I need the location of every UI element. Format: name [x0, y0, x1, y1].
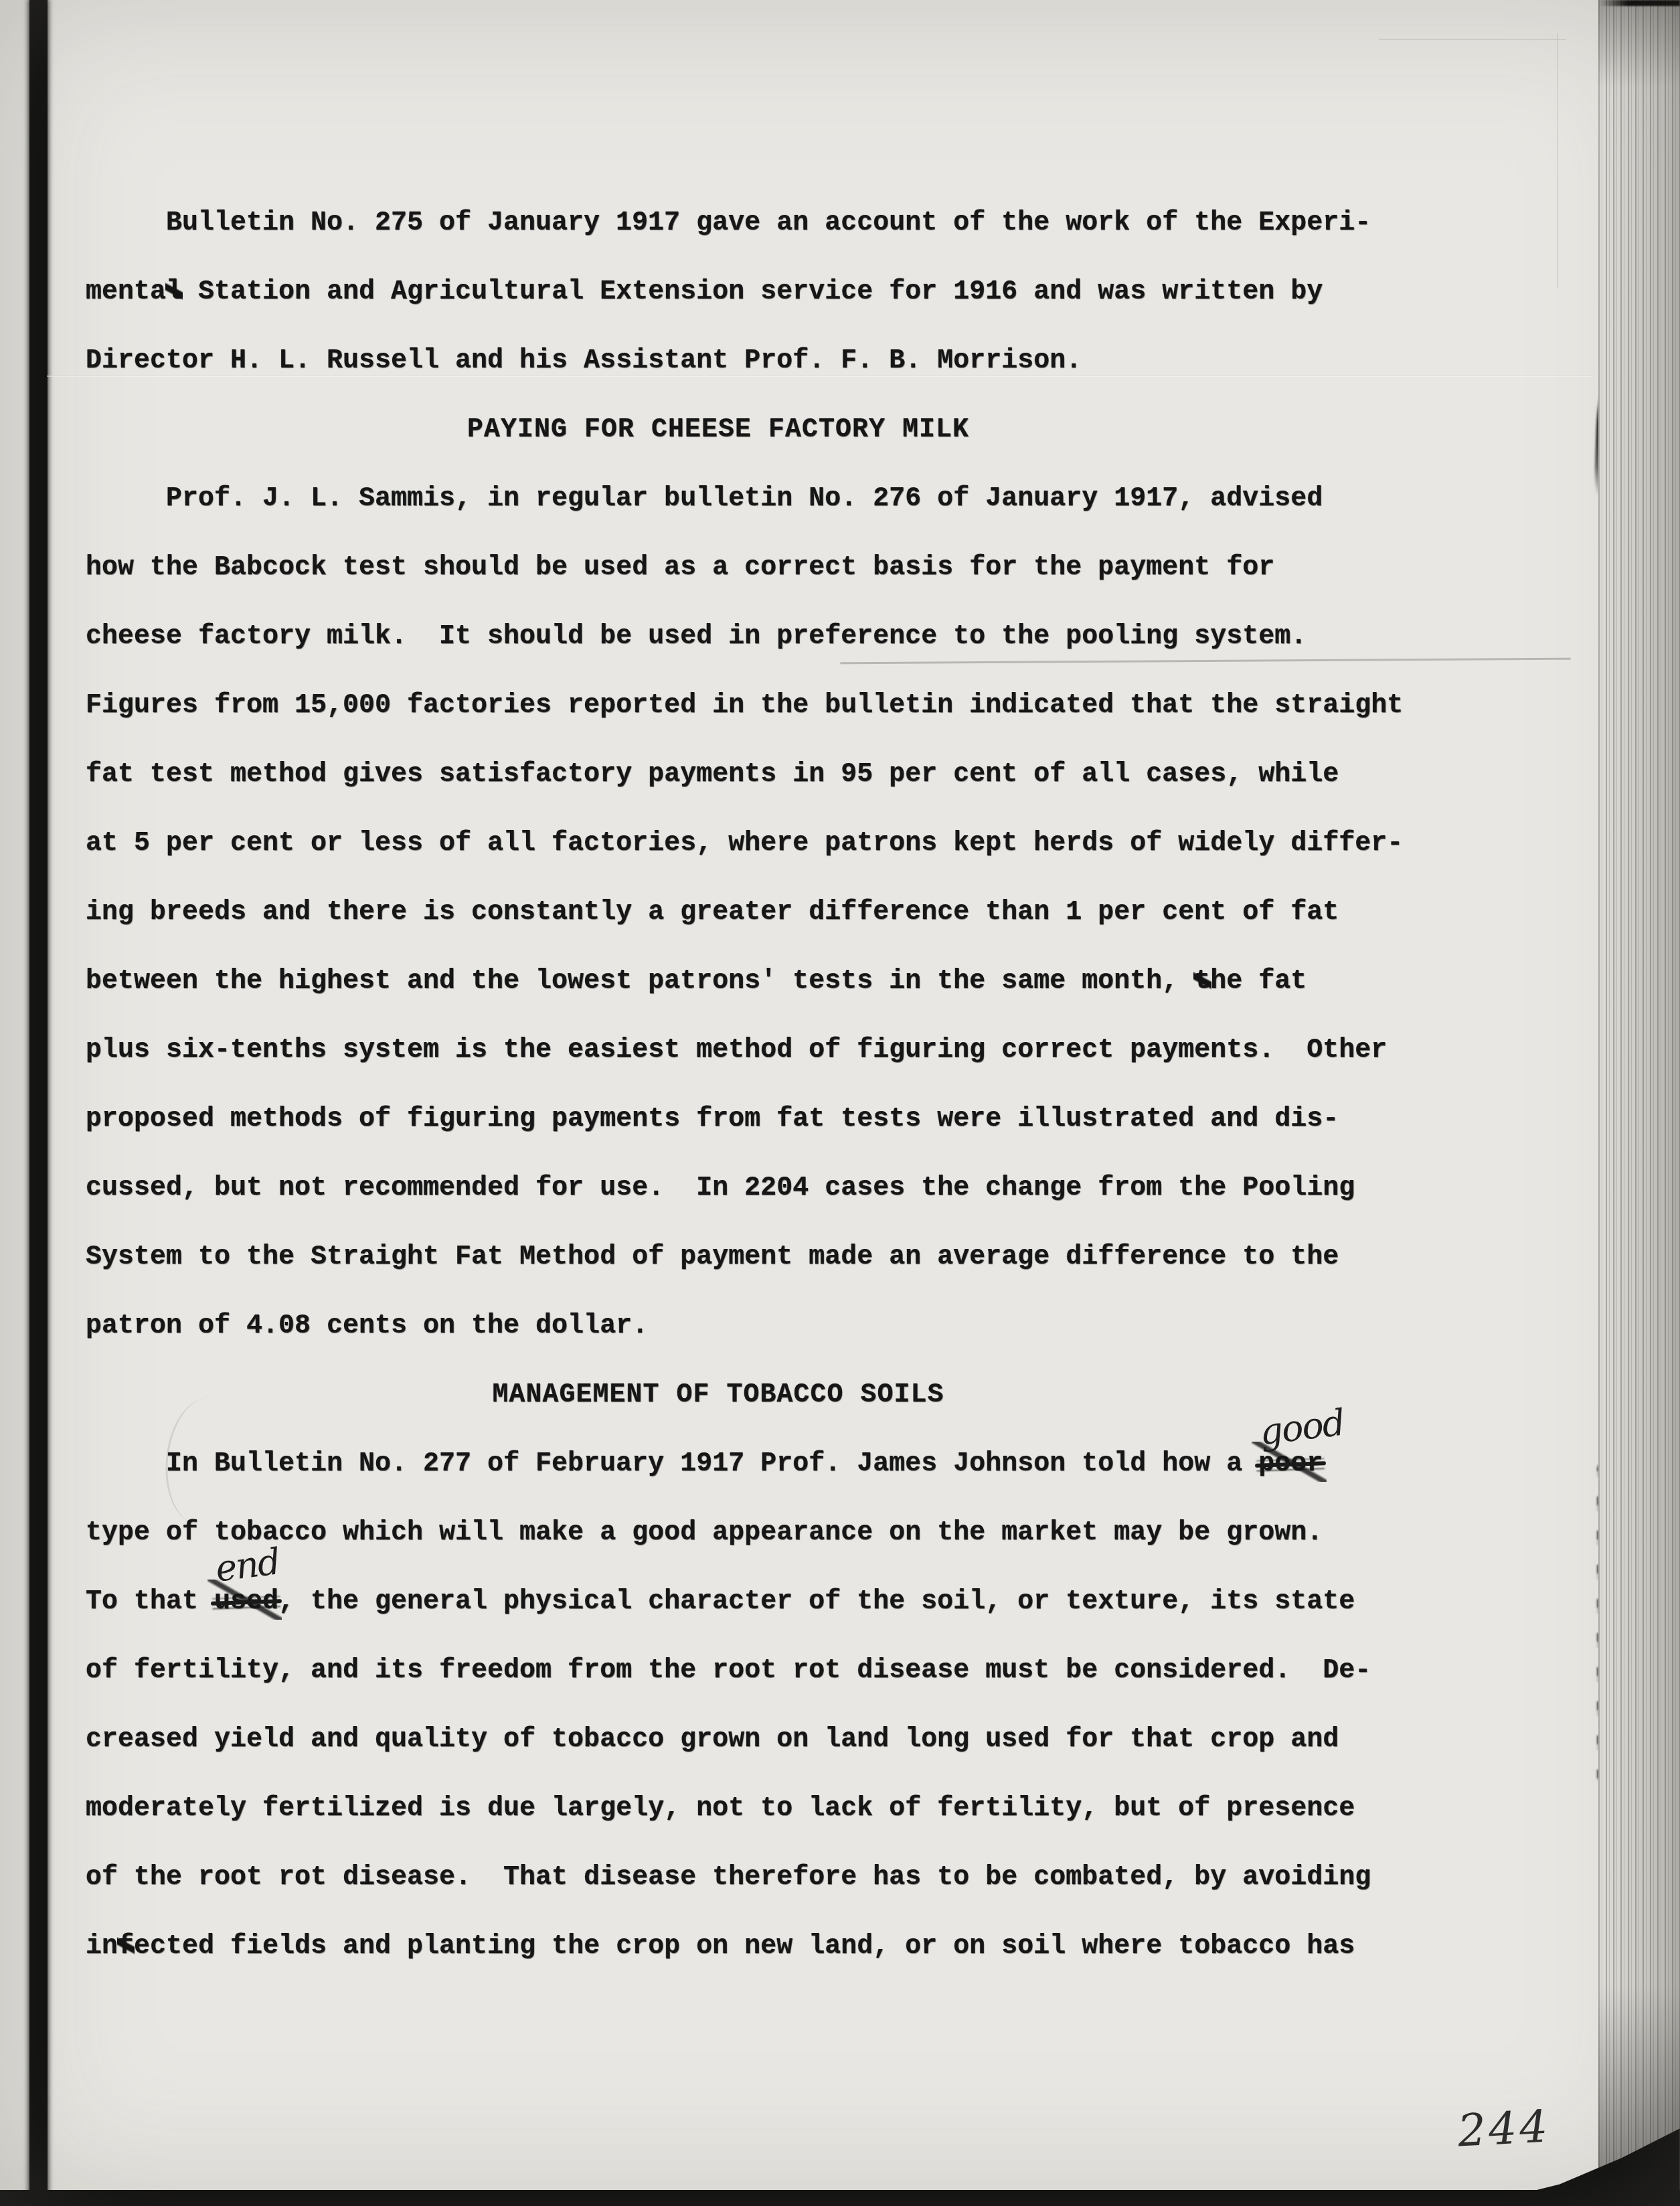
scan-edge-page-stack: [1598, 0, 1680, 2206]
text-segment: at 5 per cent or less of all factories, …: [86, 829, 1403, 859]
overstruck-character: t: [1194, 968, 1210, 995]
text-segment: moderately fertilized is due largely, no…: [86, 1794, 1355, 1824]
handwritten-annotation: good: [1258, 1405, 1346, 1451]
text-segment: ected fields and planting the crop on ne…: [134, 1932, 1355, 1962]
text-segment: Station and Agricultural Extension servi…: [182, 277, 1323, 307]
text-line: patron of 4.08 cents on the dollar.: [86, 1313, 1438, 1340]
text-segment: of the root rot disease. That disease th…: [86, 1863, 1371, 1893]
text-segment: Bulletin No. 275 of January 1917 gave an…: [166, 208, 1371, 238]
text-line: infected fields and planting the crop on…: [86, 1934, 1438, 1960]
text-line: proposed methods of figuring payments fr…: [86, 1106, 1438, 1133]
text-segment: between the highest and the lowest patro…: [86, 966, 1194, 997]
text-line: at 5 per cent or less of all factories, …: [86, 831, 1438, 857]
scanned-document-page: Bulletin No. 275 of January 1917 gave an…: [0, 0, 1680, 2206]
text-segment: menta: [86, 277, 166, 307]
text-line: mental Station and Agricultural Extensio…: [86, 279, 1438, 306]
text-segment: how the Babcock test should be used as a…: [86, 553, 1274, 583]
text-segment: fat test method gives satisfactory payme…: [86, 760, 1339, 790]
text-line: ing breeds and there is constantly a gre…: [86, 900, 1438, 926]
handwritten-annotation: end: [214, 1543, 281, 1587]
text-segment: , the general physical character of the …: [278, 1587, 1355, 1617]
text-line: cheese factory milk. It should be used i…: [86, 624, 1438, 651]
text-line: Figures from 15,000 factories reported i…: [86, 693, 1438, 719]
text-segment: MANAGEMENT OF TOBACCO SOILS: [492, 1380, 944, 1410]
text-line: creased yield and quality of tobacco gro…: [86, 1727, 1438, 1754]
text-line: type of tobacco which will make a good a…: [86, 1520, 1438, 1547]
text-segment: patron of 4.08 cents on the dollar.: [86, 1311, 648, 1341]
text-line: fat test method gives satisfactory payme…: [86, 762, 1438, 788]
page-number: 244: [1456, 2100, 1551, 2156]
text-segment: cussed, but not recommended for use. In …: [86, 1173, 1355, 1203]
section-heading: MANAGEMENT OF TOBACCO SOILS: [42, 1382, 1394, 1409]
text-line: plus six-tenths system is the easiest me…: [86, 1037, 1438, 1064]
overstruck-character: l: [166, 279, 182, 306]
text-segment: cheese factory milk. It should be used i…: [86, 622, 1307, 652]
text-line: Director H. L. Russell and his Assistant…: [86, 348, 1438, 375]
text-segment: Figures from 15,000 factories reported i…: [86, 691, 1403, 721]
text-segment: ing breeds and there is constantly a gre…: [86, 898, 1339, 928]
text-line: cussed, but not recommended for use. In …: [86, 1175, 1438, 1202]
scan-margin-left: [0, 0, 29, 2206]
text-segment: To that: [86, 1587, 214, 1617]
text-segment: Director H. L. Russell and his Assistant…: [86, 346, 1082, 376]
scan-edge-top-right: [1600, 0, 1680, 6]
text-segment: In Bulletin No. 277 of February 1917 Pro…: [166, 1449, 1258, 1479]
text-line: of the root rot disease. That disease th…: [86, 1865, 1438, 1891]
faint-fold-line: [1557, 33, 1558, 288]
text-segment: proposed methods of figuring payments fr…: [86, 1104, 1339, 1134]
struck-word: poorgood: [1258, 1451, 1323, 1478]
text-segment: plus six-tenths system is the easiest me…: [86, 1035, 1387, 1066]
text-line: To that usedend, the general physical ch…: [86, 1589, 1438, 1616]
text-segment: Prof. J. L. Sammis, in regular bulletin …: [166, 484, 1323, 514]
text-segment: creased yield and quality of tobacco gro…: [86, 1725, 1339, 1755]
scan-edge-left-bar: [29, 0, 48, 2206]
text-line: In Bulletin No. 277 of February 1917 Pro…: [86, 1451, 1518, 1478]
text-segment: PAYING FOR CHEESE FACTORY MILK: [467, 415, 969, 445]
struck-word: usedend: [214, 1589, 278, 1616]
text-segment: System to the Straight Fat Method of pay…: [86, 1242, 1339, 1272]
text-line: between the highest and the lowest patro…: [86, 968, 1438, 995]
text-segment: he fat: [1210, 966, 1307, 997]
text-line: moderately fertilized is due largely, no…: [86, 1796, 1438, 1822]
text-line: of fertility, and its freedom from the r…: [86, 1658, 1438, 1685]
text-segment: in: [86, 1932, 118, 1962]
text-line: Prof. J. L. Sammis, in regular bulletin …: [86, 486, 1518, 513]
text-line: Bulletin No. 275 of January 1917 gave an…: [86, 210, 1518, 237]
section-heading: PAYING FOR CHEESE FACTORY MILK: [42, 417, 1394, 444]
overstruck-character: f: [118, 1934, 134, 1960]
text-line: System to the Straight Fat Method of pay…: [86, 1244, 1438, 1271]
scan-edge-bottom: [0, 2190, 1680, 2206]
document-text: Bulletin No. 275 of January 1917 gave an…: [86, 0, 1438, 2206]
text-segment: of fertility, and its freedom from the r…: [86, 1656, 1371, 1686]
text-line: how the Babcock test should be used as a…: [86, 555, 1438, 582]
